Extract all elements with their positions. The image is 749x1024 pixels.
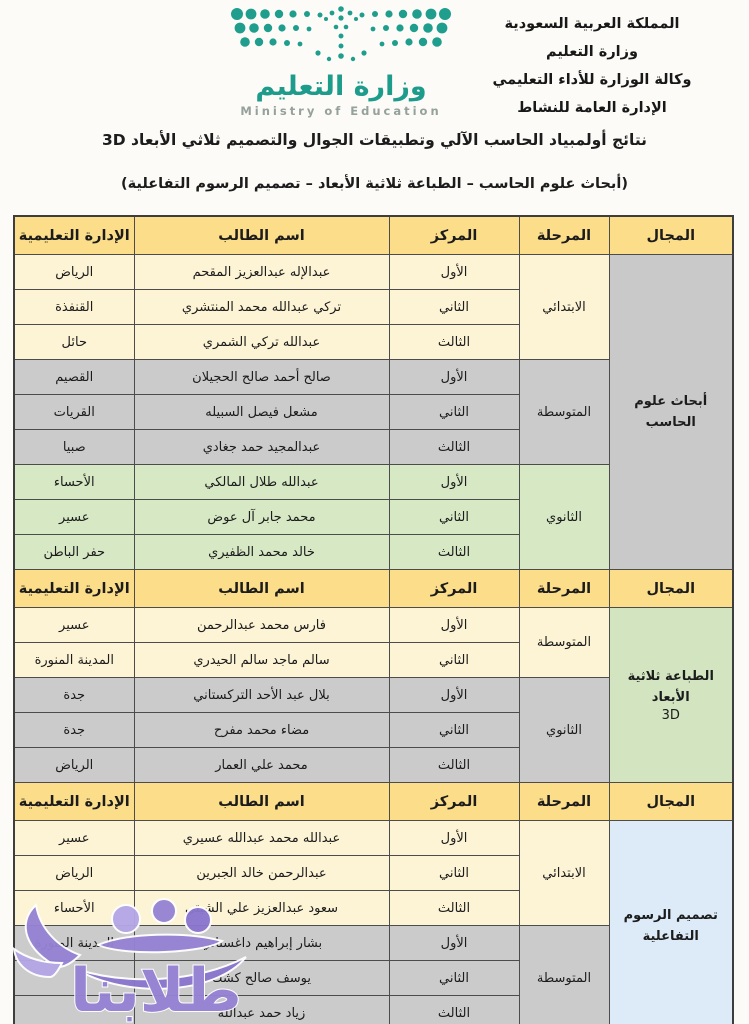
rank-cell: الثاني <box>389 395 519 430</box>
column-header: الإدارة التعليمية <box>14 570 134 608</box>
education-admin-cell: القريات <box>14 395 134 430</box>
column-header: المرحلة <box>519 570 609 608</box>
education-admin-cell: الرياض <box>14 856 134 891</box>
table-header-row: المجالالمرحلةالمركزاسم الطالبالإدارة الت… <box>14 216 733 255</box>
education-admin-cell: القنفذة <box>14 290 134 325</box>
letterhead: المملكة العربية السعودية وزارة التعليم و… <box>447 10 737 122</box>
student-name-cell: محمد جابر آل عوض <box>134 500 389 535</box>
column-header: المركز <box>389 216 519 255</box>
letterhead-line-country: المملكة العربية السعودية <box>447 10 737 38</box>
education-admin-cell: عسير <box>14 608 134 643</box>
student-name-cell: سالم ماجد سالم الحيدري <box>134 643 389 678</box>
student-name-cell: بشار إبراهيم داغستاني <box>134 926 389 961</box>
student-name-cell: عبدالله تركي الشمري <box>134 325 389 360</box>
column-header: المجال <box>609 783 733 821</box>
column-header: المركز <box>389 783 519 821</box>
column-header: المجال <box>609 216 733 255</box>
education-admin-cell: الرياض <box>14 748 134 783</box>
student-name-cell: بلال عبد الأحد التركستاني <box>134 678 389 713</box>
rank-cell: الثاني <box>389 961 519 996</box>
rank-cell: الثاني <box>389 713 519 748</box>
education-admin-cell: الرياض <box>14 255 134 290</box>
rank-cell: الثاني <box>389 500 519 535</box>
education-admin-cell: صبيا <box>14 430 134 465</box>
student-name-cell: يوسف صالح كشك <box>134 961 389 996</box>
stage-cell: الابتدائي <box>519 821 609 926</box>
education-admin-cell: عسير <box>14 500 134 535</box>
education-admin-cell: جدة <box>14 713 134 748</box>
rank-cell: الثاني <box>389 290 519 325</box>
student-name-cell: محمد علي العمار <box>134 748 389 783</box>
ministry-of-education-logo: وزارة التعليم Ministry of Education <box>230 4 452 118</box>
rank-cell: الثالث <box>389 891 519 926</box>
rank-cell: الثاني <box>389 643 519 678</box>
rank-cell: الثاني <box>389 856 519 891</box>
rank-cell: الأول <box>389 360 519 395</box>
table-row: تصميم الرسوم التفاعليةالابتدائيالأولعبدا… <box>14 821 733 856</box>
table-row: أبحاث علوم الحاسبالابتدائيالأولعبدالإله … <box>14 255 733 290</box>
education-admin-cell: المدينة المنورة <box>14 926 134 961</box>
domain-cell: تصميم الرسوم التفاعلية <box>609 821 733 1024</box>
student-name-cell: فارس محمد عبدالرحمن <box>134 608 389 643</box>
education-admin-cell: القصيم <box>14 360 134 395</box>
rank-cell: الأول <box>389 678 519 713</box>
education-admin-cell <box>14 961 134 996</box>
student-name-cell: عبدالله طلال المالكي <box>134 465 389 500</box>
rank-cell: الثالث <box>389 748 519 783</box>
document-subtitle: (أبحاث علوم الحاسب – الطباعة ثلاثية الأب… <box>0 176 749 192</box>
rank-cell: الأول <box>389 926 519 961</box>
student-name-cell: زياد حمد عبدالله <box>134 996 389 1024</box>
education-admin-cell <box>14 996 134 1024</box>
student-name-cell: مضاء محمد مفرح <box>134 713 389 748</box>
document-title: نتائج أولمبياد الحاسب الآلي وتطبيقات الج… <box>0 131 749 149</box>
stage-cell: المتوسطة <box>519 926 609 1024</box>
student-name-cell: عبدالرحمن خالد الجبرين <box>134 856 389 891</box>
column-header: الإدارة التعليمية <box>14 783 134 821</box>
rank-cell: الأول <box>389 465 519 500</box>
student-name-cell: عبدالمجيد حمد جغادي <box>134 430 389 465</box>
domain-cell: أبحاث علوم الحاسب <box>609 255 733 570</box>
education-admin-cell: المدينة المنورة <box>14 643 134 678</box>
student-name-cell: عبدالإله عبدالعزيز المقحم <box>134 255 389 290</box>
domain-label: الطباعة ثلاثية الأبعاد <box>613 666 730 708</box>
education-admin-cell: الأحساء <box>14 891 134 926</box>
rank-cell: الثالث <box>389 535 519 570</box>
table-header-row: المجالالمرحلةالمركزاسم الطالبالإدارة الت… <box>14 783 733 821</box>
stage-cell: الابتدائي <box>519 255 609 360</box>
education-admin-cell: الأحساء <box>14 465 134 500</box>
student-name-cell: عبدالله محمد عبدالله عسيري <box>134 821 389 856</box>
rank-cell: الثالث <box>389 430 519 465</box>
rank-cell: الأول <box>389 255 519 290</box>
rank-cell: الثالث <box>389 325 519 360</box>
table-header-row: المجالالمرحلةالمركزاسم الطالبالإدارة الت… <box>14 570 733 608</box>
student-name-cell: تركي عبدالله محمد المنتشري <box>134 290 389 325</box>
column-header: اسم الطالب <box>134 783 389 821</box>
column-header: المرحلة <box>519 783 609 821</box>
student-name-cell: خالد محمد الظفيري <box>134 535 389 570</box>
domain-cell: الطباعة ثلاثية الأبعاد3D <box>609 608 733 783</box>
stage-cell: الثانوي <box>519 678 609 783</box>
education-admin-cell: حفر الباطن <box>14 535 134 570</box>
education-admin-cell: جدة <box>14 678 134 713</box>
domain-extra-label: 3D <box>613 708 730 724</box>
rank-cell: الأول <box>389 821 519 856</box>
letterhead-line-department: الإدارة العامة للنشاط <box>447 94 737 122</box>
student-name-cell: سعود عبدالعزيز علي الشيتي <box>134 891 389 926</box>
column-header: الإدارة التعليمية <box>14 216 134 255</box>
domain-label: أبحاث علوم الحاسب <box>613 391 730 433</box>
rank-cell: الثالث <box>389 996 519 1024</box>
column-header: المرحلة <box>519 216 609 255</box>
document-page: وزارة التعليم Ministry of Education المم… <box>0 0 749 1024</box>
rank-cell: الأول <box>389 608 519 643</box>
education-admin-cell: عسير <box>14 821 134 856</box>
column-header: المركز <box>389 570 519 608</box>
education-admin-cell: حائل <box>14 325 134 360</box>
stage-cell: المتوسطة <box>519 360 609 465</box>
stage-cell: الثانوي <box>519 465 609 570</box>
ministry-logo-english-wordmark: Ministry of Education <box>230 104 452 118</box>
student-name-cell: مشعل فيصل السبيله <box>134 395 389 430</box>
stage-cell: المتوسطة <box>519 608 609 678</box>
column-header: المجال <box>609 570 733 608</box>
column-header: اسم الطالب <box>134 570 389 608</box>
results-table: المجالالمرحلةالمركزاسم الطالبالإدارة الت… <box>13 215 734 1024</box>
letterhead-line-ministry: وزارة التعليم <box>447 38 737 66</box>
table-row: الطباعة ثلاثية الأبعاد3Dالمتوسطةالأولفار… <box>14 608 733 643</box>
ministry-logo-dots-icon <box>231 4 451 66</box>
domain-label: تصميم الرسوم التفاعلية <box>613 905 730 947</box>
letterhead-line-agency: وكالة الوزارة للأداء التعليمي <box>447 66 737 94</box>
student-name-cell: صالح أحمد صالح الحجيلان <box>134 360 389 395</box>
column-header: اسم الطالب <box>134 216 389 255</box>
ministry-logo-arabic-wordmark: وزارة التعليم <box>230 72 452 102</box>
